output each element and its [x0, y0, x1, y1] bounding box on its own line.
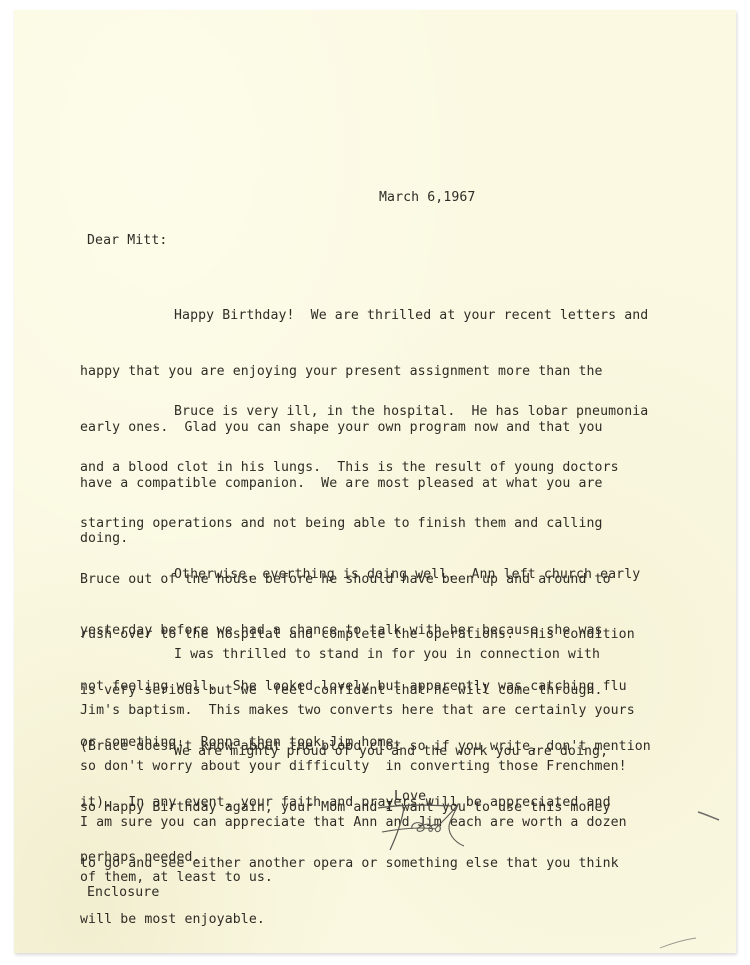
paragraph-line: I was thrilled to stand in for you in co…	[80, 646, 635, 665]
paragraph-line: Happy Birthday! We are thrilled at your …	[80, 307, 648, 326]
paragraph-line: will be most enjoyable.	[80, 911, 619, 930]
paragraph-line: Otherwise. everthing is doing well. Ann …	[80, 566, 640, 585]
paragraph-line: We are mighty proud of you and the work …	[80, 743, 619, 762]
letter-salutation: Dear Mitt:	[87, 232, 167, 251]
pencil-mark-right	[697, 810, 721, 822]
paragraph-line: Bruce is very ill, in the hospital. He h…	[80, 403, 651, 422]
signature-dad: Dad	[374, 802, 494, 852]
letter-date: March 6,1967	[379, 189, 475, 208]
paragraph-line: to go and see either another opera or so…	[80, 855, 619, 874]
enclosure-note: Enclosure	[87, 884, 159, 903]
paragraph-closing: We are mighty proud of you and the work …	[80, 706, 619, 948]
pencil-mark-bottom	[658, 936, 698, 950]
paragraph-line: so Happy Birthday again, your Mom and I …	[80, 799, 619, 818]
paragraph-line: and a blood clot in his lungs. This is t…	[80, 459, 651, 478]
